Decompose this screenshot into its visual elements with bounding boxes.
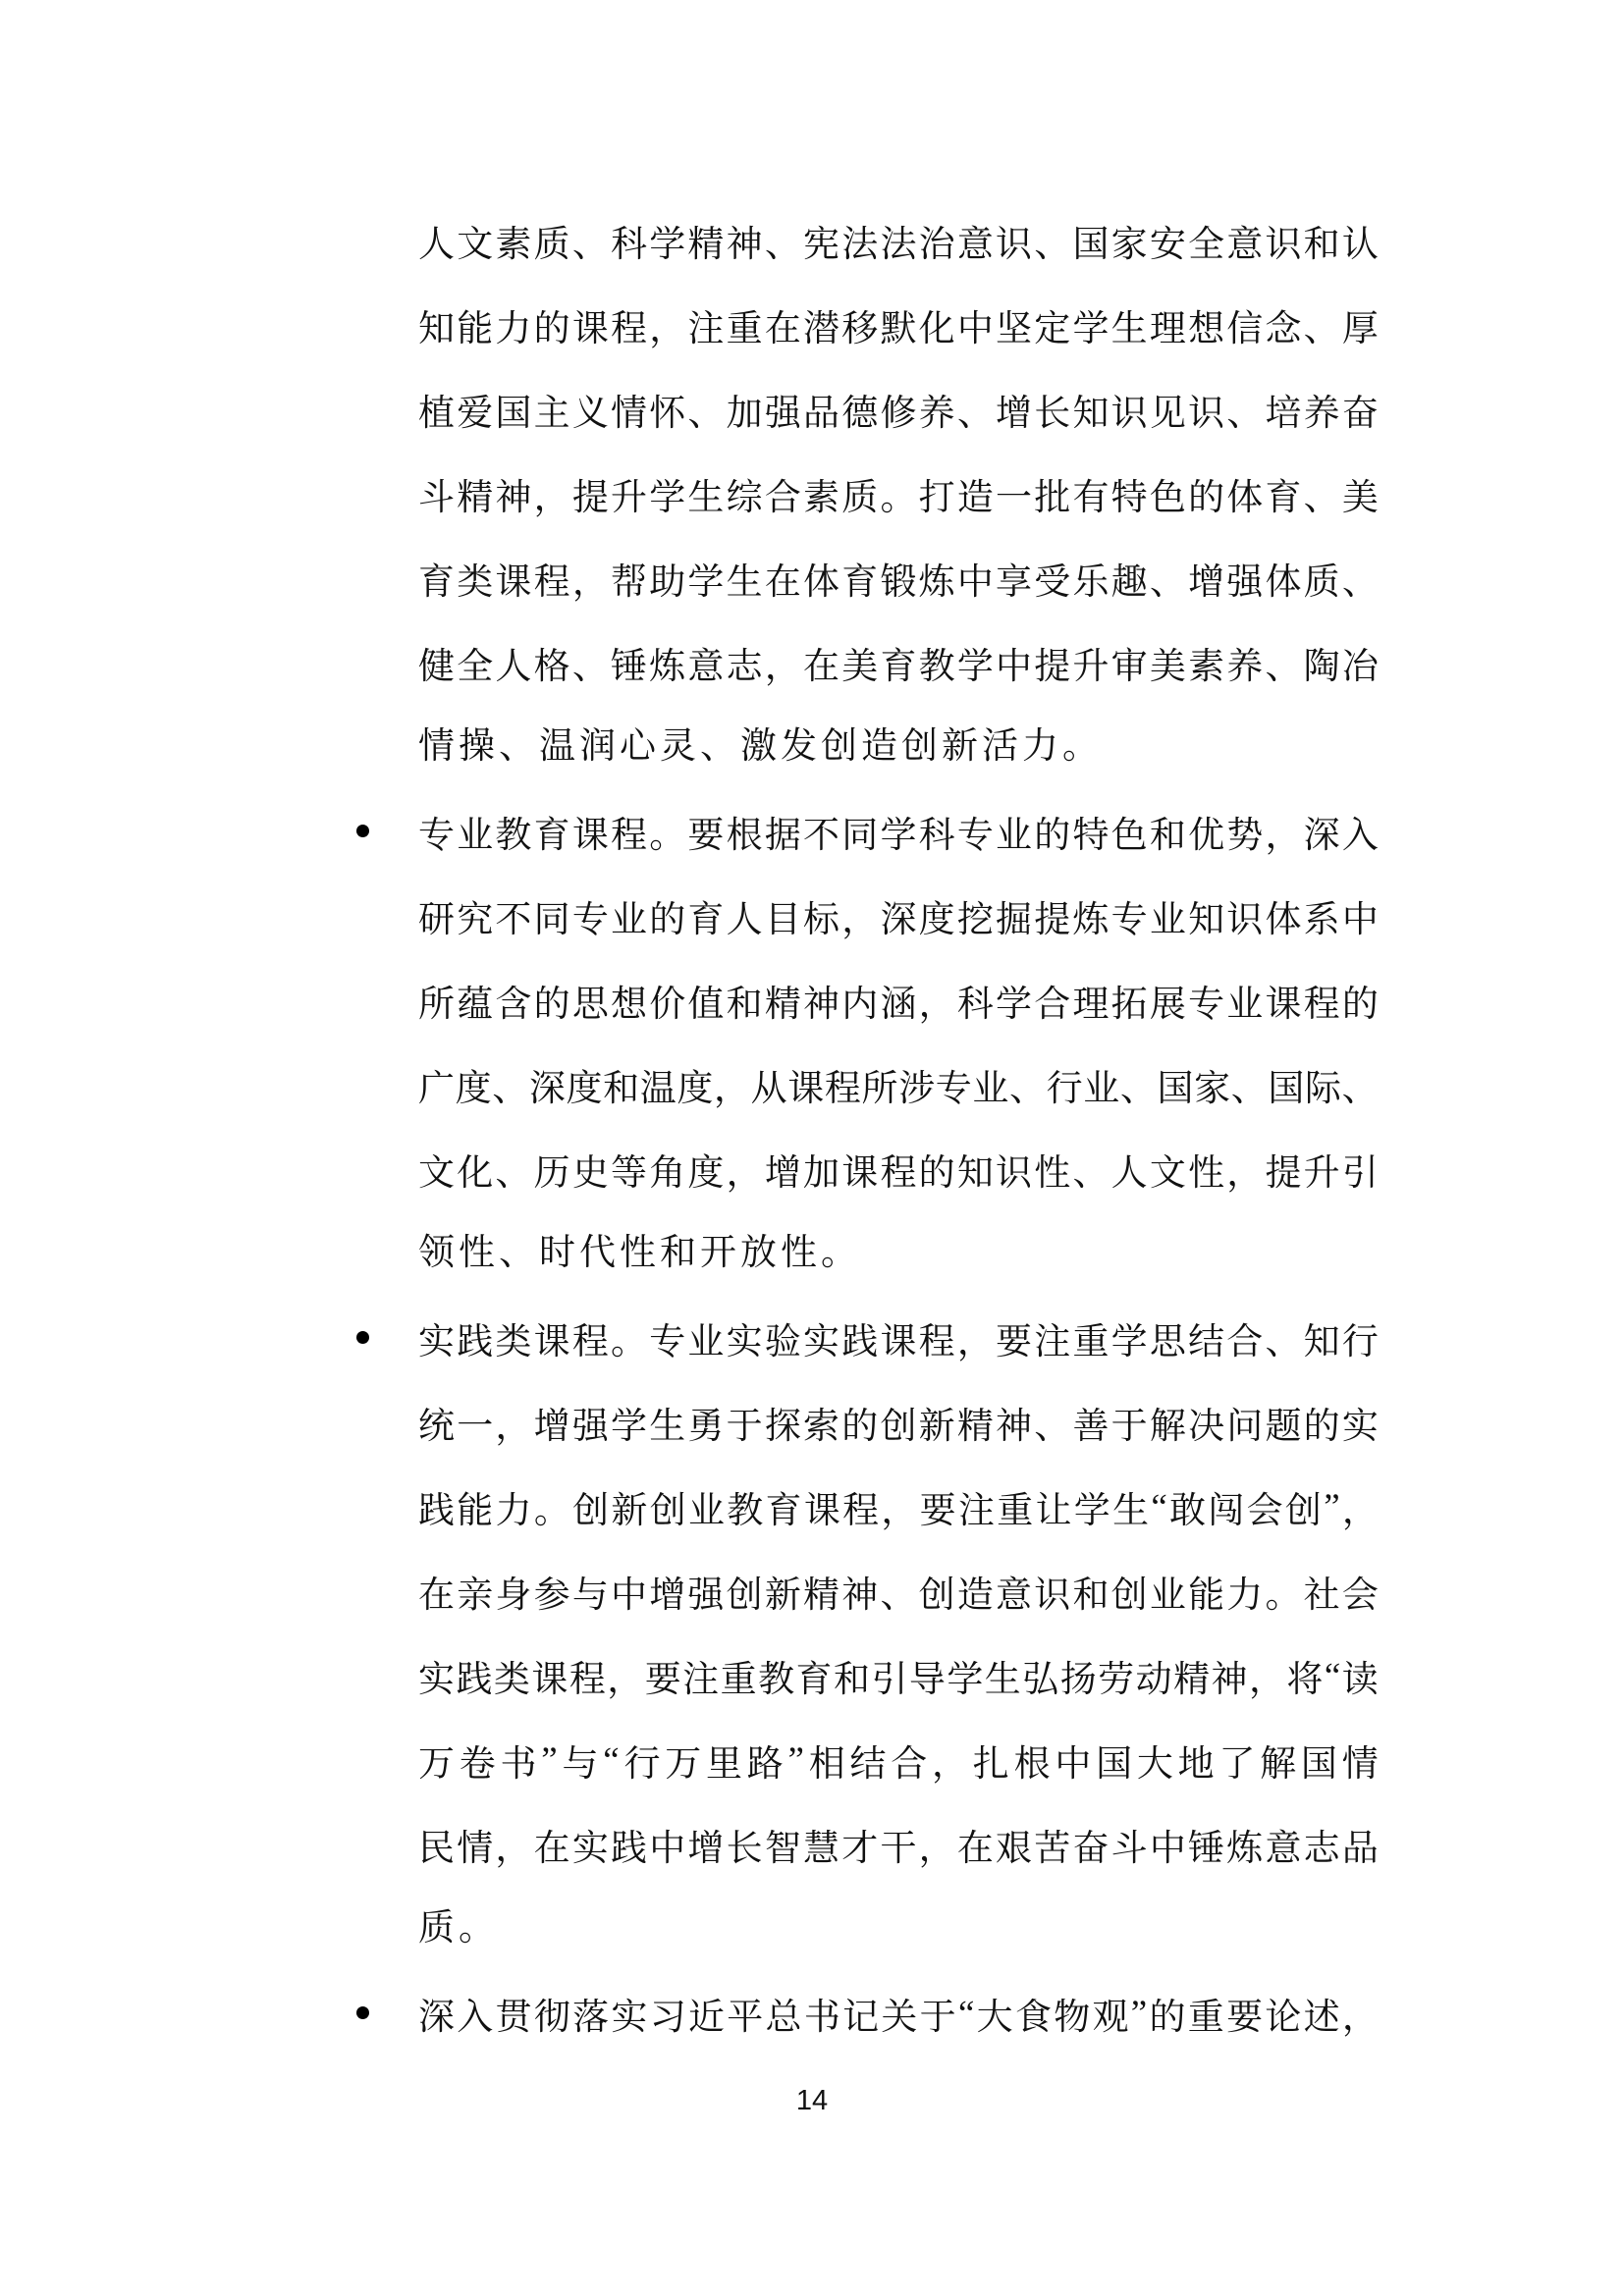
text-char: 精 <box>1173 1649 1210 1702</box>
text-char: 质 <box>1304 552 1340 605</box>
text-line: 所蕴含的思想价值和精神内涵，科学合理拓展专业课程的 <box>418 958 1379 1042</box>
text-char: 造 <box>957 1565 994 1618</box>
text-char: 研 <box>418 889 455 942</box>
text-char: 食 <box>1015 1987 1052 2040</box>
text-char: 的 <box>1304 1396 1340 1449</box>
text-char: 入 <box>457 1987 493 2040</box>
text-char: 乐 <box>1072 552 1109 605</box>
text-char: 类 <box>457 552 493 605</box>
text-char: 干 <box>880 1818 916 1871</box>
text-char: 专 <box>572 889 609 942</box>
text-char: 、 <box>572 214 609 267</box>
text-char: 合 <box>1034 974 1070 1027</box>
text-char: 苦 <box>1034 1818 1070 1871</box>
text-char: 情 <box>457 1818 493 1871</box>
text-char: 神 <box>1212 1649 1248 1702</box>
text-char: 中 <box>611 1565 647 1618</box>
text-char: 广 <box>418 1058 455 1111</box>
text-char: 。 <box>1265 1565 1301 1618</box>
text-char: 于 <box>727 1396 763 1449</box>
text-char: 强 <box>765 383 801 436</box>
text-char: 人 <box>1111 1143 1148 1196</box>
text-line: 在亲身参与中增强创新精神、创造意识和创业能力。社会 <box>418 1549 1379 1633</box>
text-char: 行 <box>623 1734 660 1787</box>
text-char: 识 <box>996 214 1032 267</box>
text-char: 课 <box>841 1143 878 1196</box>
text-char: 闯 <box>1208 1480 1244 1533</box>
text-char: ， <box>649 298 685 351</box>
text-char: “ <box>958 1993 974 2035</box>
text-line: 广度、深度和温度，从课程所涉专业、行业、国家、国际、 <box>418 1042 1379 1127</box>
text-char: 地 <box>1178 1734 1215 1787</box>
text-char: 精 <box>687 214 724 267</box>
text-char: 神 <box>495 467 531 520</box>
text-char: 专 <box>1111 889 1148 942</box>
text-char: 升 <box>611 467 647 520</box>
text-char: 究 <box>457 889 493 942</box>
text-char: ， <box>1342 1987 1379 2040</box>
text-char: ， <box>1226 1143 1263 1196</box>
text-char: 相 <box>809 1734 845 1787</box>
text-char: 程 <box>569 1649 606 1702</box>
text-line: 研究不同专业的育人目标，深度挖掘提炼专业知识体系中 <box>418 874 1379 958</box>
text-char: 万 <box>418 1734 455 1787</box>
text-char: 色 <box>1150 467 1186 520</box>
text-line: 文化、历史等角度，增加课程的知识性、人文性，提升引 <box>418 1127 1379 1211</box>
text-char: 神 <box>996 1396 1032 1449</box>
text-char: 性 <box>1188 1143 1224 1196</box>
text-char: 程 <box>919 1311 955 1364</box>
text-char: 新 <box>919 1396 955 1449</box>
text-char: 实 <box>1342 1396 1379 1449</box>
text-char: 人 <box>727 889 763 942</box>
text-char: ” <box>1131 1993 1147 2035</box>
text-char: 念 <box>1265 298 1301 351</box>
text-char: 增 <box>649 1565 685 1618</box>
text-char: 深 <box>529 1058 566 1111</box>
text-char: 注 <box>687 298 724 351</box>
text-char: 斗 <box>1111 1818 1148 1871</box>
text-char: 教 <box>758 1649 794 1702</box>
text-char: 与 <box>572 1565 609 1618</box>
text-char: 贯 <box>496 1987 532 2040</box>
text-char: 将 <box>1286 1649 1323 1702</box>
text-char: 实 <box>727 1311 763 1364</box>
text-char: 和 <box>1150 805 1186 858</box>
text-char: 、 <box>1304 467 1340 520</box>
text-char: 锤 <box>611 636 647 689</box>
text-line: 斗精神，提升学生综合素质。打造一批有特色的体育、美 <box>418 452 1379 536</box>
text-char: 蕴 <box>457 974 493 1027</box>
text-line: 深入贯彻落实习近平总书记关于“大食物观”的重要论述， <box>418 1971 1379 2056</box>
text-char: 中 <box>1055 1734 1091 1787</box>
text-char: 业 <box>1150 889 1186 942</box>
text-char: 厚 <box>1342 298 1379 351</box>
text-char: 素 <box>495 214 531 267</box>
text-char: 业 <box>996 805 1032 858</box>
text-char: 造 <box>957 467 994 520</box>
text-char: 的 <box>534 298 570 351</box>
text-char: 掘 <box>996 889 1032 942</box>
text-line: 民情，在实践中增长智慧才干，在艰苦奋斗中锤炼意志品 <box>418 1802 1379 1887</box>
text-char: ， <box>534 467 570 520</box>
text-char: 民 <box>418 1818 455 1871</box>
text-char: 、 <box>1342 552 1379 605</box>
text-char: 育 <box>687 889 724 942</box>
text-char: 美 <box>841 636 878 689</box>
text-char: 意 <box>1226 214 1263 267</box>
text-char: 目 <box>765 889 801 942</box>
text-char: 、 <box>1009 1058 1046 1111</box>
text-char: 知 <box>1188 889 1224 942</box>
text-char: 实 <box>418 1649 455 1702</box>
text-char: 想 <box>1188 298 1224 351</box>
text-char: 、 <box>957 383 994 436</box>
text-char: 、 <box>1265 636 1301 689</box>
text-char: ， <box>841 889 878 942</box>
text-char: ” <box>1324 1486 1339 1528</box>
text-char: 专 <box>649 1311 685 1364</box>
text-char: 炼 <box>649 636 685 689</box>
text-char: 践 <box>841 1311 878 1364</box>
text-char: 践 <box>418 1480 455 1533</box>
text-char: 国 <box>1158 1058 1194 1111</box>
text-char: 课 <box>572 805 609 858</box>
text-char: 专 <box>936 1058 972 1111</box>
text-char: 程 <box>611 298 647 351</box>
text-char: 体 <box>1265 552 1301 605</box>
text-char: 课 <box>1265 974 1301 1027</box>
text-line: 育类课程，帮助学生在体育锻炼中享受乐趣、增强体质、 <box>418 536 1379 620</box>
text-char: 强 <box>687 1565 724 1618</box>
text-char: 行 <box>1047 1058 1083 1111</box>
text-char: 生 <box>1111 298 1148 351</box>
text-char: 育 <box>418 552 455 605</box>
text-char: 落 <box>572 1987 609 2040</box>
text-char: 优 <box>1188 805 1224 858</box>
text-char: 识 <box>996 1143 1032 1196</box>
text-char: 的 <box>841 1396 878 1449</box>
text-char: 的 <box>649 889 685 942</box>
text-char: 根 <box>727 805 763 858</box>
text-char: 入 <box>1342 805 1379 858</box>
text-char: “ <box>1151 1486 1166 1528</box>
text-char: 生 <box>727 552 763 605</box>
text-char: ， <box>495 1396 531 1449</box>
text-char: 教 <box>727 1480 763 1533</box>
text-char: 业 <box>1226 974 1263 1027</box>
page-number: 14 <box>0 2085 1624 2117</box>
text-char: 国 <box>1072 214 1109 267</box>
text-char: 平 <box>727 1987 763 2040</box>
text-char: 增 <box>534 1396 570 1449</box>
text-char: 国 <box>495 383 531 436</box>
text-char: 提 <box>1034 889 1070 942</box>
text-char: 学 <box>880 805 916 858</box>
text-char: 类 <box>494 1649 530 1702</box>
text-char: 观 <box>1093 1987 1129 2040</box>
text-char: 决 <box>1188 1396 1224 1449</box>
text-char: ， <box>1249 1649 1285 1702</box>
text-char: 业 <box>688 1480 725 1533</box>
text-char: 课 <box>495 552 531 605</box>
text-char: 程 <box>880 1143 916 1196</box>
text-char: 识 <box>1111 383 1148 436</box>
text-char: 题 <box>1265 1396 1301 1449</box>
paragraph-continuation: 人文素质、科学精神、宪法法治意识、国家安全意识和认知能力的课程，注重在潜移默化中… <box>418 198 1379 789</box>
text-char: 思 <box>1150 1311 1186 1364</box>
text-char: 质 <box>534 214 570 267</box>
text-char: 神 <box>841 1565 878 1618</box>
text-char: 课 <box>572 298 609 351</box>
text-char: 中 <box>649 1818 685 1871</box>
text-char: 奋 <box>1342 383 1379 436</box>
text-char: 智 <box>765 1818 801 1871</box>
text-char: 从 <box>751 1058 787 1111</box>
text-char: 于 <box>920 1987 956 2040</box>
text-char: 亲 <box>457 1565 493 1618</box>
text-char: ， <box>919 974 955 1027</box>
text-char: 新 <box>611 1480 647 1533</box>
text-char: 挖 <box>957 889 994 942</box>
text-char: 中 <box>1150 1818 1186 1871</box>
text-char: 安 <box>1150 214 1186 267</box>
text-char: 提 <box>572 467 609 520</box>
text-char: 在 <box>534 1818 570 1871</box>
text-char: 力 <box>496 1480 532 1533</box>
text-char: 程 <box>842 1480 879 1533</box>
text-char: 品 <box>1342 1818 1379 1871</box>
text-char: 重 <box>721 1649 757 1702</box>
text-char: 注 <box>958 1480 995 1533</box>
text-char: 提 <box>1034 636 1070 689</box>
text-char: 拓 <box>1111 974 1148 1027</box>
text-char: 要 <box>920 1480 956 1533</box>
text-char: 会 <box>1342 1565 1379 1618</box>
text-char: 践 <box>611 1818 647 1871</box>
text-char: 提 <box>1265 1143 1301 1196</box>
text-char: 同 <box>534 889 570 942</box>
bullet-item: 深入贯彻落实习近平总书记关于“大食物观”的重要论述， <box>418 1971 1379 2056</box>
text-char: 学 <box>947 1649 983 1702</box>
text-char: 认 <box>1342 214 1379 267</box>
text-char: 想 <box>611 974 647 1027</box>
text-char: 、 <box>1072 1143 1109 1196</box>
text-char: 实 <box>572 1818 609 1871</box>
text-char: 审 <box>1111 636 1148 689</box>
text-char: 、 <box>687 383 724 436</box>
text-char: 有 <box>1072 467 1109 520</box>
text-char: 业 <box>457 805 493 858</box>
text-char: 增 <box>1188 552 1224 605</box>
text-char: 潜 <box>803 298 839 351</box>
text-char: 定 <box>1034 298 1070 351</box>
text-char: 知 <box>418 298 455 351</box>
text-char: 、 <box>492 1058 528 1111</box>
text-char: 一 <box>457 1396 493 1449</box>
text-char: 体 <box>1265 889 1301 942</box>
text-char: 业 <box>1083 1058 1119 1111</box>
text-char: 知 <box>1072 383 1109 436</box>
document-page: 人文素质、科学精神、宪法法治意识、国家安全意识和认知能力的课程，注重在潜移默化中… <box>0 0 1624 2296</box>
bullet-icon <box>356 2006 369 2019</box>
text-char: ” <box>788 1739 804 1782</box>
text-char: ， <box>714 1058 750 1111</box>
text-char: 格 <box>534 636 570 689</box>
text-char: 的 <box>534 974 570 1027</box>
text-line: 人文素质、科学精神、宪法法治意识、国家安全意识和认 <box>418 198 1379 283</box>
text-char: 和 <box>727 974 763 1027</box>
text-char: 科 <box>919 805 955 858</box>
text-char: 于 <box>1111 1396 1148 1449</box>
text-char: 、 <box>1265 1311 1301 1364</box>
text-char: 涉 <box>898 1058 935 1111</box>
text-line: 健全人格、锤炼意志，在美育教学中提升审美素养、陶冶 <box>418 620 1379 705</box>
text-char: 注 <box>1034 1311 1070 1364</box>
text-char: 增 <box>765 1143 801 1196</box>
text-char: 识 <box>1265 214 1301 267</box>
text-char: 深 <box>1304 805 1340 858</box>
text-char: 课 <box>531 1649 568 1702</box>
text-char: 知 <box>1304 1311 1340 1364</box>
text-char: 批 <box>1034 467 1070 520</box>
text-char: 课 <box>880 1311 916 1364</box>
text-char: ， <box>1342 1480 1379 1533</box>
text-char: ， <box>765 636 801 689</box>
text-char: 和 <box>603 1058 639 1111</box>
text-char: 创 <box>650 1480 686 1533</box>
text-char: 实 <box>418 1311 455 1364</box>
text-char: 在 <box>957 1818 994 1871</box>
text-char: 解 <box>1150 1396 1186 1449</box>
text-char: 程 <box>572 1311 609 1364</box>
text-char: 史 <box>572 1143 609 1196</box>
text-char: 识 <box>1226 889 1263 942</box>
bullet-icon <box>356 1331 369 1344</box>
text-char: 的 <box>1188 467 1224 520</box>
text-char: 度 <box>567 1058 603 1111</box>
text-char: 习 <box>650 1987 686 2040</box>
text-char: 精 <box>457 467 493 520</box>
text-char: 神 <box>803 974 839 1027</box>
text-char: 慧 <box>803 1818 839 1871</box>
text-char: 长 <box>1034 383 1070 436</box>
text-char: 加 <box>727 383 763 436</box>
text-char: 势 <box>1226 805 1263 858</box>
bullet-item: 专业教育课程。要根据不同学科专业的特色和优势，深入研究不同专业的育人目标，深度挖… <box>418 789 1379 1296</box>
text-char: 深 <box>880 889 916 942</box>
text-char: 读 <box>1342 1649 1379 1702</box>
text-char: 生 <box>1112 1480 1149 1533</box>
text-char: 系 <box>1304 889 1340 942</box>
text-char: 物 <box>1054 1987 1090 2040</box>
text-char: 炼 <box>1226 1818 1263 1871</box>
text-char: 在 <box>765 298 801 351</box>
text-char: 育 <box>880 636 916 689</box>
text-char: 知 <box>957 1143 994 1196</box>
text-char: 敢 <box>1169 1480 1206 1533</box>
text-line: 情操、温润心灵、激发创造创新活力。 <box>418 705 1379 789</box>
text-char: ， <box>607 1649 643 1702</box>
text-char: 课 <box>534 1311 570 1364</box>
text-char: 程 <box>534 552 570 605</box>
text-char: 、 <box>1150 552 1186 605</box>
text-char: 创 <box>727 1565 763 1618</box>
text-char: 中 <box>1342 889 1379 942</box>
text-char: 家 <box>1194 1058 1230 1111</box>
text-char: 全 <box>457 636 493 689</box>
text-char: 重 <box>1072 1311 1109 1364</box>
text-char: 情 <box>611 383 647 436</box>
text-char: 关 <box>881 1987 917 2040</box>
text-char: 度 <box>919 889 955 942</box>
text-char: 解 <box>1260 1734 1296 1787</box>
text-char: 家 <box>1111 214 1148 267</box>
text-char: 总 <box>766 1987 802 2040</box>
text-char: 合 <box>891 1734 927 1787</box>
text-char: 增 <box>996 383 1032 436</box>
text-char: 冶 <box>1342 636 1379 689</box>
text-char: 义 <box>572 383 609 436</box>
text-char: 值 <box>687 974 724 1027</box>
text-char: 趣 <box>1111 552 1148 605</box>
text-char: 统 <box>418 1396 455 1449</box>
text-char: 精 <box>803 1565 839 1618</box>
text-char: 力 <box>1226 1565 1263 1618</box>
text-line: 实践类课程，要注重教育和引导学生弘扬劳动精神，将“读 <box>418 1633 1379 1718</box>
text-char: 治 <box>919 214 955 267</box>
text-char: 化 <box>919 298 955 351</box>
text-char: 在 <box>803 636 839 689</box>
text-char: 勇 <box>687 1396 724 1449</box>
text-char: 、 <box>1226 383 1263 436</box>
text-char: 让 <box>1036 1480 1072 1533</box>
text-char: 育 <box>796 1649 833 1702</box>
text-char: 学 <box>611 1396 647 1449</box>
text-char: 助 <box>649 552 685 605</box>
text-char: ” <box>541 1739 557 1782</box>
text-char: 全 <box>1188 214 1224 267</box>
text-char: 意 <box>957 214 994 267</box>
text-char: 见 <box>1150 383 1186 436</box>
text-char: 理 <box>1150 298 1186 351</box>
text-char: 大 <box>977 1987 1013 2040</box>
text-char: 善 <box>1072 1396 1109 1449</box>
text-char: 、 <box>1120 1058 1157 1111</box>
text-char: 书 <box>501 1734 537 1787</box>
text-char: 程 <box>825 1058 861 1111</box>
text-char: 重 <box>727 298 763 351</box>
text-char: 法 <box>880 214 916 267</box>
text-char: 德 <box>841 383 878 436</box>
text-char: 在 <box>765 552 801 605</box>
text-char: 的 <box>1150 1987 1186 2040</box>
text-char: 、 <box>765 214 801 267</box>
text-char: 度 <box>677 1058 713 1111</box>
text-char: 涵 <box>880 974 916 1027</box>
text-char: 角 <box>649 1143 685 1196</box>
text-char: 意 <box>1265 1818 1301 1871</box>
text-char: 学 <box>957 636 994 689</box>
text-char: 识 <box>1034 1565 1070 1618</box>
text-char: 情 <box>1342 1734 1379 1787</box>
text-char: 志 <box>1304 1818 1340 1871</box>
text-char: 创 <box>1111 1565 1148 1618</box>
text-char: 帮 <box>611 552 647 605</box>
text-char: 能 <box>457 298 493 351</box>
text-char: 书 <box>804 1987 840 2040</box>
text-char: 动 <box>1136 1649 1172 1702</box>
